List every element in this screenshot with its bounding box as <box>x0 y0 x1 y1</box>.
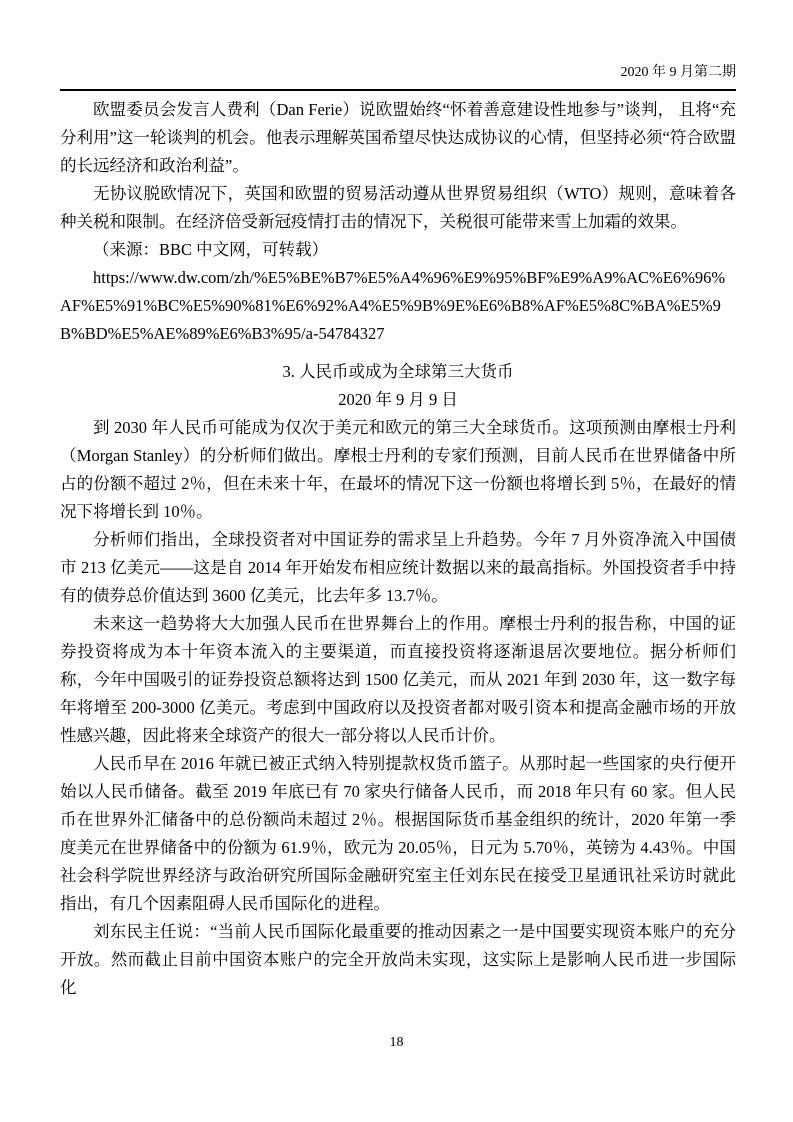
paragraph: 无协议脱欧情况下，英国和欧盟的贸易活动遵从世界贸易组织（WTO）规则，意味着各种… <box>60 180 736 236</box>
article-url: https://www.dw.com/zh/%E5%BE%B7%E5%A4%96… <box>60 264 736 348</box>
article-date: 2020 年 9 月 9 日 <box>60 386 736 414</box>
paragraph: 未来这一趋势将大大加强人民币在世界舞台上的作用。摩根士丹利的报告称，中国的证券投… <box>60 610 736 750</box>
paragraph: 分析师们指出，全球投资者对中国证券的需求呈上升趋势。今年 7 月外资净流入中国债… <box>60 526 736 610</box>
page-number: 18 <box>0 1034 793 1052</box>
paragraph: 刘东民主任说：“当前人民币国际化最重要的推动因素之一是中国要实现资本账户的充分开… <box>60 918 736 1002</box>
source-line: （来源：BBC 中文网，可转载） <box>60 236 736 264</box>
paragraph: 人民币早在 2016 年就已被正式纳入特别提款权货币篮子。从那时起一些国家的央行… <box>60 750 736 918</box>
issue-label: 2020 年 9 月第二期 <box>621 65 737 80</box>
section-heading: 3. 人民币或成为全球第三大货币 <box>60 358 736 386</box>
paragraph: 欧盟委员会发言人费利（Dan Ferie）说欧盟始终“怀着善意建设性地参与”谈判… <box>60 96 736 180</box>
page-header: 2020 年 9 月第二期 <box>60 64 736 91</box>
page-body: 欧盟委员会发言人费利（Dan Ferie）说欧盟始终“怀着善意建设性地参与”谈判… <box>60 96 736 1002</box>
paragraph: 到 2030 年人民币可能成为仅次于美元和欧元的第三大全球货币。这项预测由摩根士… <box>60 414 736 526</box>
document-page: 2020 年 9 月第二期 欧盟委员会发言人费利（Dan Ferie）说欧盟始终… <box>0 0 793 1122</box>
